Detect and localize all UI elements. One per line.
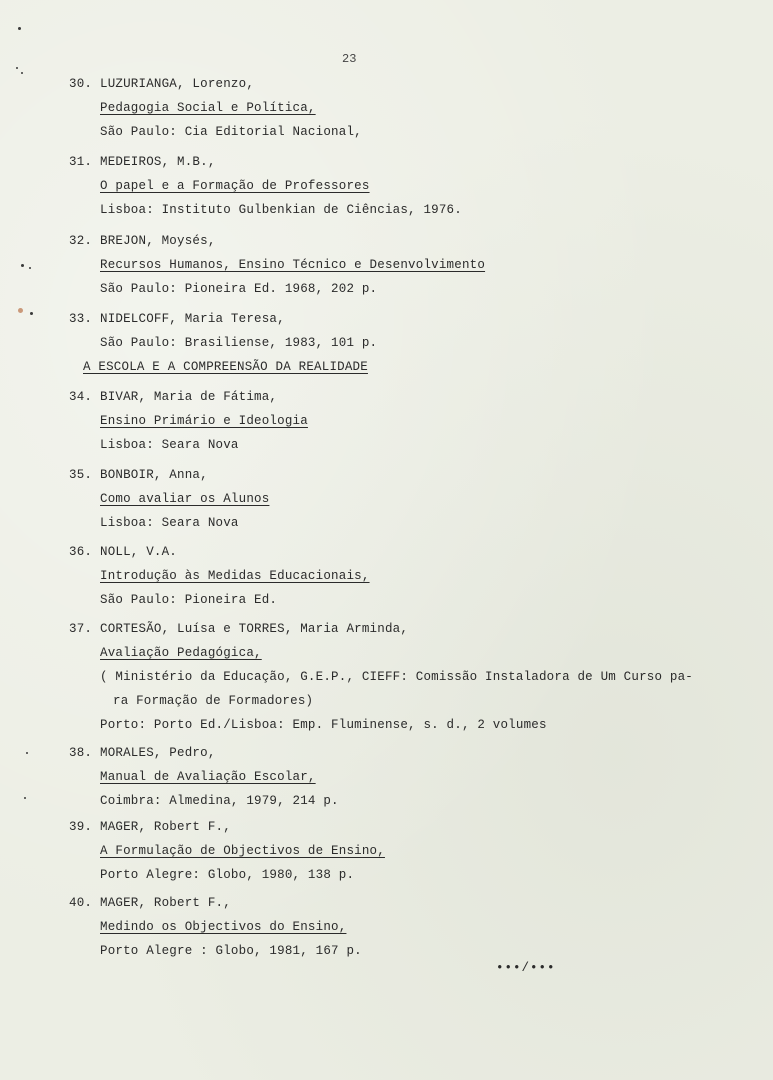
entry-author: BIVAR, Maria de Fátima, [100, 390, 277, 404]
entry-author: MAGER, Robert F., [100, 820, 231, 834]
bibliography-entry-34: 34.BIVAR, Maria de Fátima, Ensino Primár… [69, 385, 308, 457]
entry-title: Medindo os Objectivos do Ensino, [100, 920, 346, 934]
entry-publisher: Lisboa: Seara Nova [69, 511, 269, 535]
entry-title: Avaliação Pedagógica, [100, 646, 262, 660]
paper-speck [18, 308, 23, 313]
bibliography-entry-31: 31.MEDEIROS, M.B., O papel e a Formação … [69, 150, 462, 222]
paper-speck [18, 27, 21, 30]
page-number: 23 [342, 52, 356, 66]
entry-number: 40. [69, 891, 100, 915]
paper-speck [21, 264, 24, 267]
entry-publisher: Lisboa: Seara Nova [69, 433, 308, 457]
entry-publisher: Coimbra: Almedina, 1979, 214 p. [69, 789, 339, 813]
entry-author: MAGER, Robert F., [100, 896, 231, 910]
entry-note-continued: ra Formação de Formadores) [69, 689, 693, 713]
entry-publisher: Lisboa: Instituto Gulbenkian de Ciências… [69, 198, 462, 222]
entry-publisher: Porto Alegre: Globo, 1980, 138 p. [69, 863, 385, 887]
entry-author: BREJON, Moysés, [100, 234, 216, 248]
paper-speck [21, 72, 23, 74]
entry-number: 32. [69, 229, 100, 253]
entry-number: 31. [69, 150, 100, 174]
entry-author: BONBOIR, Anna, [100, 468, 208, 482]
paper-speck [24, 797, 26, 799]
entry-publisher: Porto: Porto Ed./Lisboa: Emp. Fluminense… [69, 713, 693, 737]
entry-note: ( Ministério da Educação, G.E.P., CIEFF:… [69, 665, 693, 689]
bibliography-entry-38: 38.MORALES, Pedro, Manual de Avaliação E… [69, 741, 339, 813]
entry-title: Introdução às Medidas Educacionais, [100, 569, 370, 583]
entry-author: CORTESÃO, Luísa e TORRES, Maria Arminda, [100, 622, 408, 636]
continuation-mark: •••/••• [496, 961, 556, 975]
entry-publisher: Porto Alegre : Globo, 1981, 167 p. [69, 939, 362, 963]
bibliography-entry-40: 40.MAGER, Robert F., Medindo os Objectiv… [69, 891, 362, 963]
entry-number: 39. [69, 815, 100, 839]
bibliography-entry-36: 36.NOLL, V.A. Introdução às Medidas Educ… [69, 540, 370, 612]
paper-speck [29, 267, 31, 269]
bibliography-entry-35: 35.BONBOIR, Anna, Como avaliar os Alunos… [69, 463, 269, 535]
paper-speck [16, 67, 18, 69]
bibliography-entry-32: 32.BREJON, Moysés, Recursos Humanos, Ens… [69, 229, 485, 301]
entry-number: 30. [69, 72, 100, 96]
entry-title: Recursos Humanos, Ensino Técnico e Desen… [100, 258, 485, 272]
entry-title: Pedagogia Social e Política, [100, 101, 316, 115]
bibliography-entry-37: 37.CORTESÃO, Luísa e TORRES, Maria Armin… [69, 617, 693, 737]
entry-number: 38. [69, 741, 100, 765]
entry-publisher: São Paulo: Pioneira Ed. [69, 588, 370, 612]
bibliography-entry-30: 30.LUZURIANGA, Lorenzo, Pedagogia Social… [69, 72, 362, 144]
entry-title: A Formulação de Objectivos de Ensino, [100, 844, 385, 858]
entry-publisher: São Paulo: Cia Editorial Nacional, [69, 120, 362, 144]
entry-publisher: São Paulo: Brasiliense, 1983, 101 p. [69, 331, 377, 355]
entry-number: 37. [69, 617, 100, 641]
entry-title: O papel e a Formação de Professores [100, 179, 370, 193]
paper-speck [26, 752, 28, 754]
entry-author: NIDELCOFF, Maria Teresa, [100, 312, 285, 326]
entry-title: Como avaliar os Alunos [100, 492, 269, 506]
entry-title: Ensino Primário e Ideologia [100, 414, 308, 428]
entry-number: 34. [69, 385, 100, 409]
entry-title: Manual de Avaliação Escolar, [100, 770, 316, 784]
entry-title: A ESCOLA E A COMPREENSÃO DA REALIDADE [83, 360, 368, 374]
entry-author: LUZURIANGA, Lorenzo, [100, 77, 254, 91]
bibliography-entry-33: 33.NIDELCOFF, Maria Teresa, São Paulo: B… [69, 307, 377, 379]
paper-speck [30, 312, 33, 315]
entry-author: MORALES, Pedro, [100, 746, 216, 760]
entry-publisher: São Paulo: Pioneira Ed. 1968, 202 p. [69, 277, 485, 301]
entry-number: 36. [69, 540, 100, 564]
entry-number: 35. [69, 463, 100, 487]
entry-author: NOLL, V.A. [100, 545, 177, 559]
bibliography-entry-39: 39.MAGER, Robert F., A Formulação de Obj… [69, 815, 385, 887]
entry-number: 33. [69, 307, 100, 331]
entry-author: MEDEIROS, M.B., [100, 155, 216, 169]
